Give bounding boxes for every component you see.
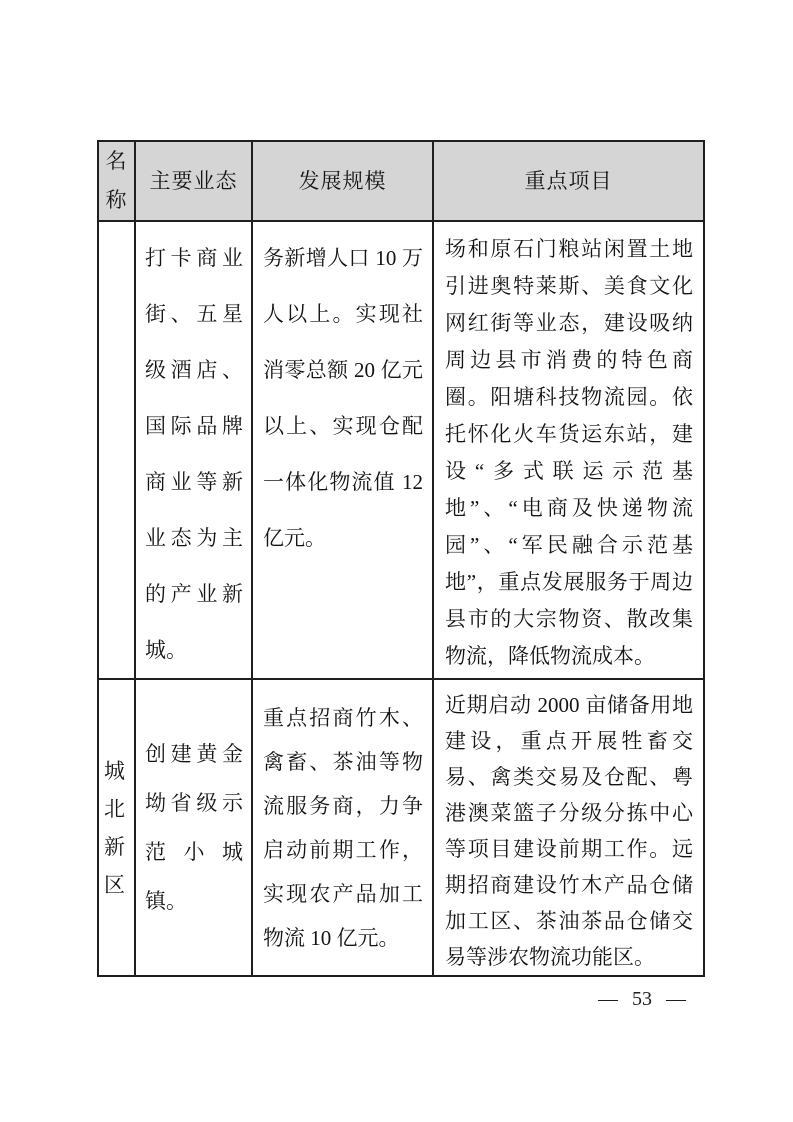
planning-table: 名称 主要业态 发展规模 重点项目 打卡商业街、五星级酒店、国际品牌商业等新业态…	[97, 140, 705, 977]
cell-key-projects: 场和原石门粮站闲置土地引进奥特莱斯、美食文化网红街等业态，建设吸纳周边县市消费的…	[433, 221, 704, 679]
header-development-scale: 发展规模	[252, 141, 433, 221]
page-number: — 53 —	[587, 988, 697, 1011]
cell-key-projects: 近期启动 2000 亩储备用地建设，重点开展牲畜交易、禽类交易及仓配、粤港澳菜篮…	[433, 679, 704, 976]
cell-development-scale: 务新增人口 10 万人以上。实现社消零总额 20 亿元以上、实现仓配一体化物流值…	[252, 221, 433, 679]
header-name: 名称	[98, 141, 135, 221]
cell-main-business: 打卡商业街、五星级酒店、国际品牌商业等新业态为主的产业新城。	[135, 221, 252, 679]
header-key-projects: 重点项目	[433, 141, 704, 221]
cell-main-business: 创建黄金坳省级示范小城镇。	[135, 679, 252, 976]
cell-development-scale: 重点招商竹木、禽畜、茶油等物流服务商，力争启动前期工作，实现农产品加工物流 10…	[252, 679, 433, 976]
document-page: 名称 主要业态 发展规模 重点项目 打卡商业街、五星级酒店、国际品牌商业等新业态…	[0, 0, 793, 1122]
header-main-business: 主要业态	[135, 141, 252, 221]
table-row: 打卡商业街、五星级酒店、国际品牌商业等新业态为主的产业新城。 务新增人口 10 …	[98, 221, 704, 679]
cell-name	[98, 221, 135, 679]
cell-name: 城北新区	[98, 679, 135, 976]
table-header-row: 名称 主要业态 发展规模 重点项目	[98, 141, 704, 221]
table-row: 城北新区 创建黄金坳省级示范小城镇。 重点招商竹木、禽畜、茶油等物流服务商，力争…	[98, 679, 704, 976]
